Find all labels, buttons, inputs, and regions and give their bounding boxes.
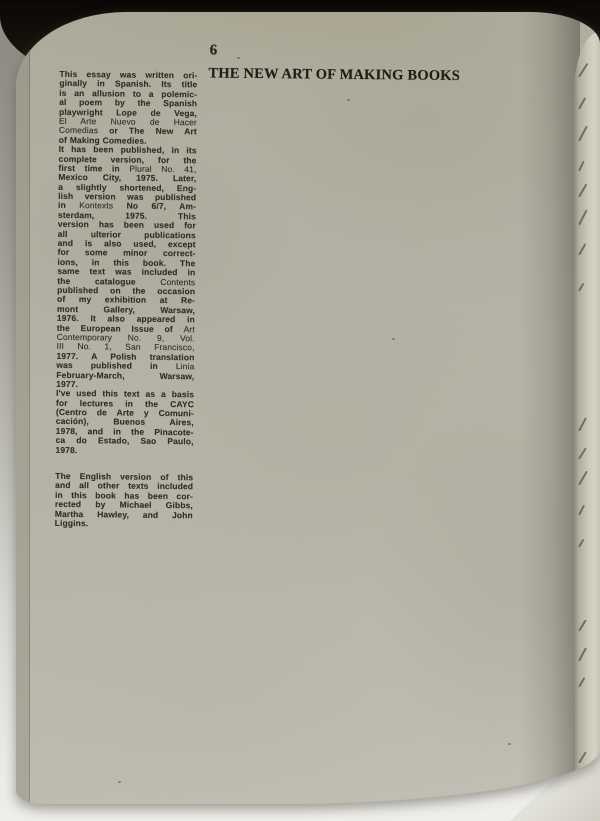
margin-note: This essay was written ori-ginally in Sp…: [55, 70, 198, 530]
note-paragraph: The English version of thisand all other…: [55, 472, 194, 530]
note-line: Liggins.: [55, 519, 193, 530]
note-line: 1978.: [55, 445, 193, 456]
book-photo-scene: 6 THE NEW ART OF MAKING BOOKS This essay…: [0, 0, 600, 821]
chapter-title: THE NEW ART OF MAKING BOOKS: [208, 65, 460, 85]
page-content: 6 THE NEW ART OF MAKING BOOKS This essay…: [16, 12, 600, 804]
note-paragraph: I've used this text as a basisfor lectur…: [55, 389, 194, 456]
book-page: 6 THE NEW ART OF MAKING BOOKS This essay…: [16, 12, 600, 804]
page-number: 6: [210, 42, 218, 59]
note-paragraph: It has been published, in itscomplete ve…: [56, 145, 197, 391]
note-paragraph: This essay was written ori-ginally in Sp…: [59, 70, 198, 147]
